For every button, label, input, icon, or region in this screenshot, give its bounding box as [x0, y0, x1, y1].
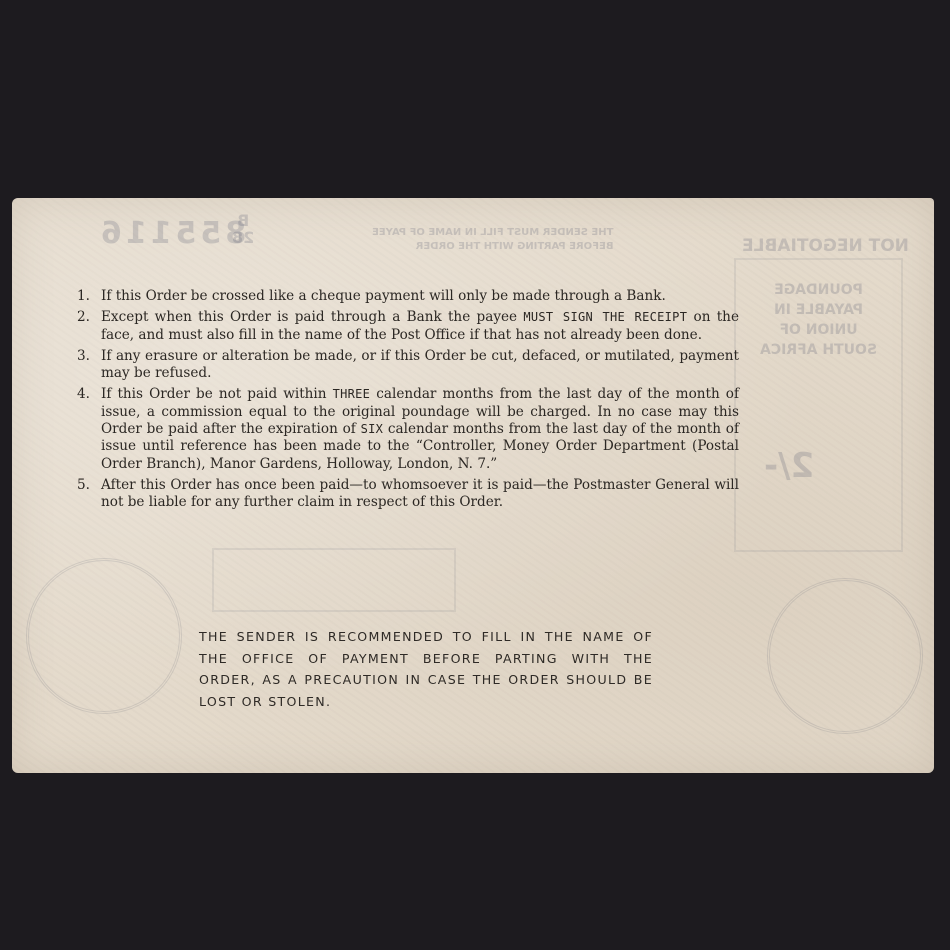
- condition-number: 1.: [77, 288, 101, 305]
- ghost-header-line: THE SENDER MUST FILL IN NAME OF PAYEE: [372, 226, 613, 240]
- ghost-serial-number: 855116: [97, 216, 246, 251]
- condition-number: 4.: [77, 386, 101, 472]
- condition-text-part: Except when this Order is paid through a…: [101, 309, 523, 325]
- condition-text: After this Order has once been paid—to w…: [101, 477, 739, 512]
- ghost-prefix-number: 28: [232, 229, 254, 246]
- ghost-header: THE SENDER MUST FILL IN NAME OF PAYEE BE…: [372, 226, 613, 254]
- condition-number: 3.: [77, 348, 101, 383]
- condition-emphasis: MUST SIGN THE RECEIPT: [523, 310, 687, 324]
- condition-text: If this Order be not paid within THREE c…: [101, 386, 739, 472]
- condition-emphasis: THREE: [333, 387, 371, 401]
- condition-item: 5. After this Order has once been paid—t…: [77, 477, 739, 512]
- ghost-not-negotiable: NOT NEGOTIABLE: [742, 236, 909, 256]
- condition-emphasis: SIX: [361, 422, 384, 436]
- ghost-prefix-letter: B: [232, 212, 254, 229]
- condition-item: 3. If any erasure or alteration be made,…: [77, 348, 739, 383]
- condition-number: 2.: [77, 309, 101, 344]
- condition-text: If any erasure or alteration be made, or…: [101, 348, 739, 383]
- sender-notice: THE SENDER IS RECOMMENDED TO FILL IN THE…: [155, 626, 653, 712]
- condition-item: 2. Except when this Order is paid throug…: [77, 309, 739, 344]
- condition-text: Except when this Order is paid through a…: [101, 309, 739, 344]
- postal-order-paper: 855116 B 28 THE SENDER MUST FILL IN NAME…: [12, 198, 934, 773]
- condition-item: 4. If this Order be not paid within THRE…: [77, 386, 739, 472]
- sender-notice-text: THE SENDER IS RECOMMENDED TO FILL IN THE…: [155, 626, 653, 712]
- ghost-seal-right: [767, 578, 923, 734]
- ghost-frame: [734, 258, 903, 552]
- ghost-frame: [212, 548, 456, 612]
- condition-number: 5.: [77, 477, 101, 512]
- condition-item: 1. If this Order be crossed like a chequ…: [77, 288, 739, 305]
- ghost-header-line: BEFORE PARTING WITH THE ORDER: [372, 240, 613, 254]
- condition-text: If this Order be crossed like a cheque p…: [101, 288, 739, 305]
- condition-text-part: If this Order be not paid within: [101, 386, 333, 402]
- ghost-serial-prefix: B 28: [232, 212, 254, 246]
- conditions-list: 1. If this Order be crossed like a chequ…: [77, 288, 739, 516]
